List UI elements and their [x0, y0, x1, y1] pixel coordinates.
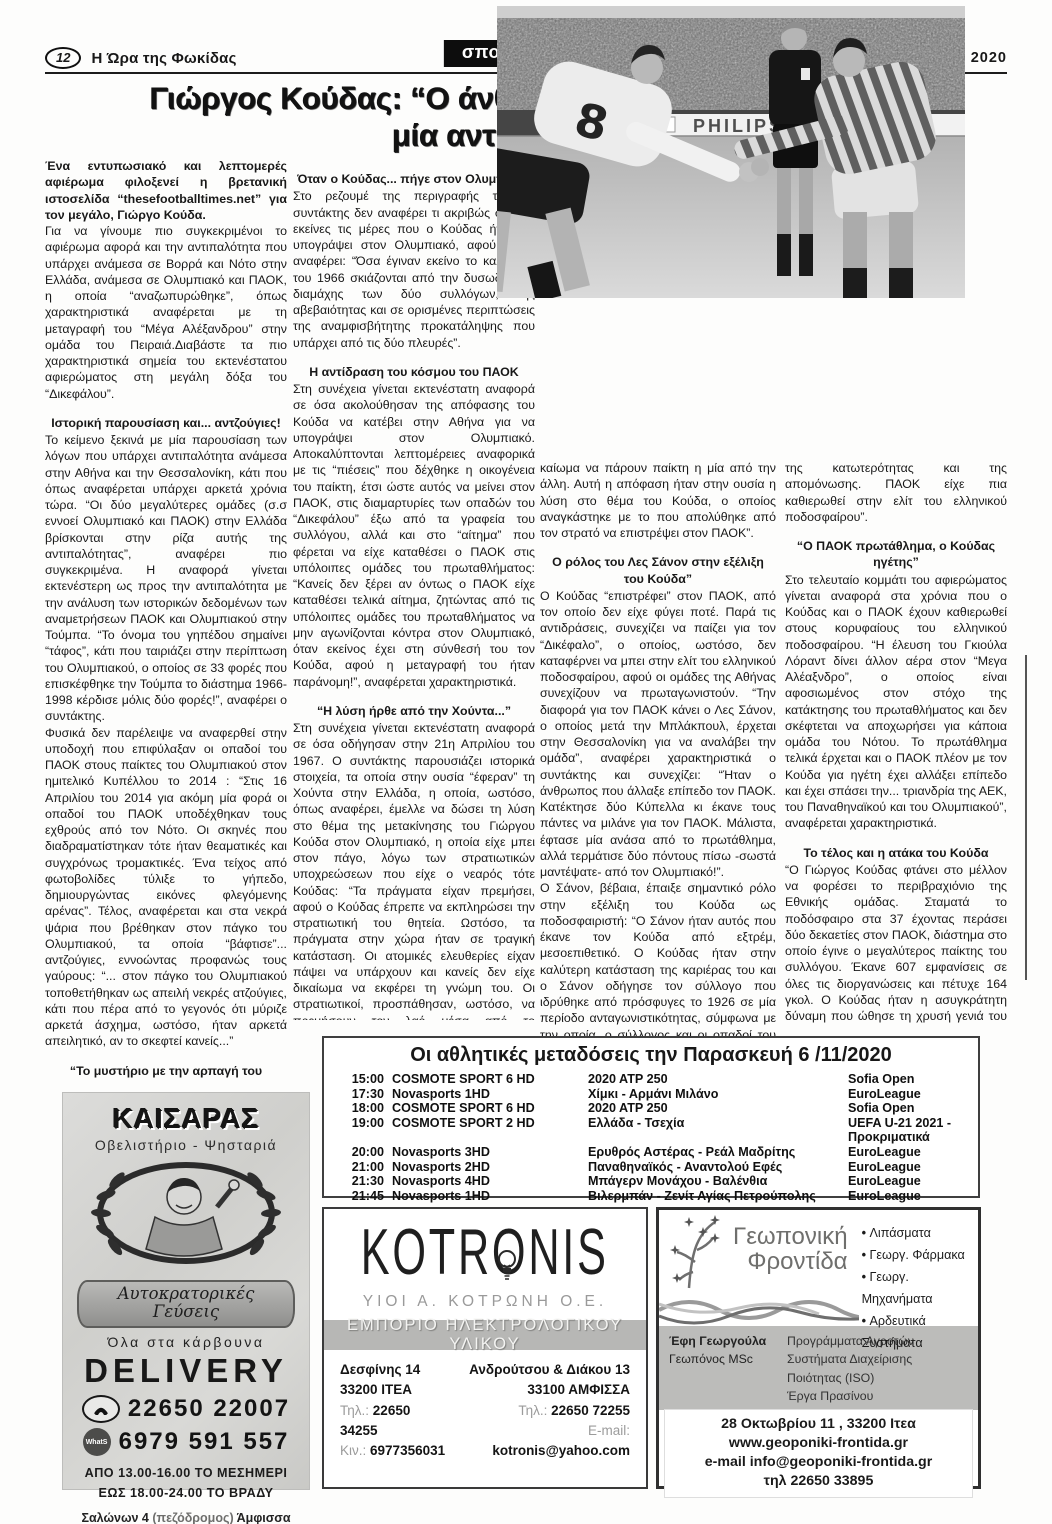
article-column-3: καίωμα να πάρουν παίκτη η μία από την άλ…	[540, 460, 776, 1060]
tv-competition: Sofia Open	[848, 1101, 964, 1116]
ad-kaisaras-subtitle: Οβελιστήριο - Ψησταριά	[63, 1137, 309, 1153]
article-subheading: “Η λύση ήρθε από την Χούντα...”	[297, 703, 531, 719]
ad-kotronis: KOTRONIS ΥΙΟΙ Α. ΚΟΤΡΩΝΗ Ο.Ε. ΕΜΠΟΡΙΟ ΗΛ…	[322, 1207, 648, 1489]
amfissa-email-label: E-mail:	[588, 1423, 630, 1438]
article-subheading: Ιστορική παρουσίαση και... αντζούγιες!	[49, 415, 283, 431]
ad-geoponiki-contact: 28 Οκτωβρίου 11 , 33200 Ιτεα www.geoponi…	[665, 1410, 972, 1498]
article-paragraph: της κατωτερότητας και της απομόνωσης. ΠΑ…	[785, 460, 1007, 525]
tv-event: Βιλερμπάν - Ζενίτ Αγίας Πετρούπολης	[588, 1189, 840, 1204]
ad-bullet-item: • Γεωργ. Φάρμακα	[862, 1244, 972, 1266]
tv-schedule-row: 20:00Novasports 3HDΕρυθρός Αστέρας - Ρεά…	[338, 1145, 964, 1160]
article-paragraph: Στη συνέχεια γίνεται εκτενέστατη αναφορά…	[293, 381, 535, 690]
tv-time: 17:30	[338, 1087, 384, 1102]
bullet-text: Αρδευτικά Συστήματα	[862, 1314, 926, 1350]
lightbulb-icon	[496, 1249, 518, 1283]
tv-schedule-row: 15:00COSMOTE SPORT 6 HD2020 ATP 250Sofia…	[338, 1072, 964, 1087]
tv-event: Ελλάδα - Τσεχία	[588, 1116, 840, 1145]
article-paragraph: “Ο Γιώργος Κούδας φτάνει στο μέλλον να φ…	[785, 862, 1007, 1025]
ad-kotronis-band: ΕΜΠΟΡΙΟ ΗΛΕΚΤΡΟΛΟΓΙΚΟΥ ΥΛΙΚΟΥ	[324, 1320, 646, 1350]
match-photo-illustration: PHILIPS	[497, 6, 965, 298]
article-column-4: της κατωτερότητας και της απομόνωσης. ΠΑ…	[785, 460, 1007, 1025]
tv-schedule-title: Οι αθλητικές μεταδόσεις την Παρασκευή 6 …	[338, 1044, 964, 1067]
geoponiki-website: www.geoponiki-frontida.gr	[669, 1434, 968, 1453]
ad-kaisaras-hours1: ΑΠΟ 13.00-16.00 ΤΟ ΜΕΣΗΜΕΡΙ	[63, 1464, 309, 1484]
amfissa-email: kotronis@yahoo.com	[492, 1443, 630, 1458]
article-subheading: Η αντίδραση του κόσμου του ΠΑΟΚ	[297, 364, 531, 380]
tv-time: 15:00	[338, 1072, 384, 1087]
itea-tel-label: Τηλ.:	[340, 1403, 369, 1418]
tv-time: 21:45	[338, 1189, 384, 1204]
geoponiki-person: Έφη Γεωργούλα Γεωπόνος MSc	[669, 1332, 787, 1406]
article-paragraph: Για να γίνουμε πιο συγκεκριμένοι το αφιέ…	[45, 223, 287, 402]
tv-channel: Novasports 1HD	[392, 1189, 580, 1204]
article-paragraph: Ο Κούδας “επιστρέφει” στον ΠΑΟΚ, από τον…	[540, 588, 776, 881]
tv-time: 21:00	[338, 1160, 384, 1175]
itea-mobile-label: Κιν.:	[340, 1443, 366, 1458]
article-paragraph: Στη συνέχεια γίνεται εκτενέστατη αναφορά…	[293, 720, 535, 1020]
tv-event: Παναθηναϊκός - Αναντολού Εφές	[588, 1160, 840, 1175]
article-paragraph: καίωμα να πάρουν παίκτη η μία από την άλ…	[540, 460, 776, 541]
article-column-1: Ένα εντυπωσιακό και λεπτομερές αφιέρωμα …	[45, 158, 287, 1080]
article-subheading: Ο ρόλος του Λες Σάνον στην εξέλιξη του Κ…	[544, 554, 772, 587]
ad-kaisaras-delivery: DELIVERY	[63, 1352, 309, 1390]
service-3: Έργα Πρασίνου	[787, 1387, 968, 1405]
article-subheading: “Ο ΠΑΟΚ πρωτάθλημα, ο Κούδας ηγέτης”	[789, 538, 1003, 571]
ad-kaisaras-tagline: Όλα στα κάρβουνα	[63, 1334, 309, 1350]
ad-kotronis-logo: KOTRONIS	[361, 1219, 609, 1284]
article-paragraph: Το κείμενο ξεκινά με μία παρουσίαση των …	[45, 432, 287, 725]
address-city: Άμφισσα	[237, 1511, 291, 1524]
tv-event: Μπάγερν Μονάχου - Βαλένθια	[588, 1174, 840, 1189]
ad-kotronis-subtitle: ΥΙΟΙ Α. ΚΟΤΡΩΝΗ Ο.Ε.	[324, 1293, 646, 1311]
geoponiki-address: 28 Οκτωβρίου 11 , 33200 Ιτεα	[669, 1415, 968, 1434]
tv-competition: EuroLeague	[848, 1145, 964, 1160]
tv-event: Χίμκι - Αρμάνι Μιλάνο	[588, 1087, 840, 1102]
geoponiki-title-line1: Γεωπονική	[733, 1224, 848, 1249]
person-title: Γεωπόνος MSc	[669, 1350, 787, 1368]
tv-time: 19:00	[338, 1116, 384, 1145]
tv-competition: EuroLeague	[848, 1189, 964, 1204]
tv-channel: COSMOTE SPORT 6 HD	[392, 1072, 580, 1087]
tv-schedule-row: 19:00COSMOTE SPORT 2 HDΕλλάδα - ΤσεχίαUE…	[338, 1116, 964, 1145]
ad-kaisaras-address: Σαλώνων 4 (πεζόδρομος) Άμφισσα	[63, 1511, 309, 1524]
match-photo: PHILIPS	[497, 6, 965, 298]
tv-schedule-row: 18:00COSMOTE SPORT 6 HD2020 ATP 250Sofia…	[338, 1101, 964, 1116]
bullet-text: Γεωργ. Φάρμακα	[869, 1248, 964, 1262]
article-paragraph: Φυσικά δεν παρέλειψε να αναφερθεί στην υ…	[45, 725, 287, 1050]
article-paragraph: Ο Σάνον, βέβαια, έπαιξε σημαντικό ρόλο σ…	[540, 880, 776, 1060]
itea-street: Δεσφίνης 14	[340, 1362, 420, 1377]
amfissa-city: 33100 ΑΜΦΙΣΣΑ	[527, 1382, 630, 1397]
phone-icon	[82, 1395, 120, 1423]
page-number: 12	[45, 47, 81, 69]
tv-time: 18:00	[338, 1101, 384, 1116]
amfissa-street: Ανδρούτσου & Διάκου 13	[469, 1362, 630, 1377]
tv-schedule-row: 21:00Novasports 2HDΠαναθηναϊκός - Αναντο…	[338, 1160, 964, 1175]
address-street: Σαλώνων 4	[81, 1511, 148, 1524]
tv-channel: Novasports 2HD	[392, 1160, 580, 1175]
kotronis-amfissa-address: Ανδρούτσου & Διάκου 13 33100 ΑΜΦΙΣΣΑ Τηλ…	[450, 1360, 630, 1461]
article-subheading: “Το μυστήριο με την αρπαγή του Κούδα...	[49, 1063, 283, 1081]
newspaper-name: Η Ώρα της Φωκίδας	[91, 50, 236, 67]
article-subheading: Όταν ο Κούδας... πήγε στον Ολυμπιακό	[297, 171, 531, 187]
tv-channel: COSMOTE SPORT 6 HD	[392, 1101, 580, 1116]
newspaper-page: 12 Η Ώρα της Φωκίδας σπορ: ιστορία ΠΑΡΑΣ…	[0, 0, 1052, 1524]
article-paragraph: Ένα εντυπωσιακό και λεπτομερές αφιέρωμα …	[45, 158, 287, 223]
wave-decoration	[659, 1290, 859, 1330]
geoponiki-title-line2: Φροντίδα	[733, 1249, 848, 1274]
geoponiki-email: e-mail info@geoponiki-frontida.gr	[669, 1453, 968, 1472]
article-subheading: Το τέλος και η ατάκα του Κούδα	[789, 845, 1003, 861]
ribbon-line1: Αυτοκρατορικές	[83, 1285, 289, 1303]
kotronis-itea-address: Δεσφίνης 14 33200 ΙΤΕΑ Τηλ.: 22650 34255…	[340, 1360, 450, 1461]
service-2: Συστήματα Διαχείρισης Ποιότητας (ISO)	[787, 1350, 968, 1387]
tv-event: 2020 ATP 250	[588, 1101, 840, 1116]
amfissa-tel-label: Τηλ.:	[518, 1403, 547, 1418]
caesar-emblem	[81, 1155, 291, 1273]
geoponiki-phone: τηλ 22650 33895	[669, 1472, 968, 1491]
ribbon-line2: Γεύσεις	[83, 1303, 289, 1321]
itea-mobile: 6977356031	[370, 1443, 445, 1458]
tv-time: 21:30	[338, 1174, 384, 1189]
person-name: Έφη Γεωργούλα	[669, 1332, 787, 1350]
tv-schedule-row: 21:30Novasports 4HDΜπάγερν Μονάχου - Βαλ…	[338, 1174, 964, 1189]
caesar-figure	[146, 1178, 239, 1256]
bullet-text: Γεωργ. Μηχανήματα	[862, 1270, 933, 1306]
amfissa-tel: 22650 72255	[551, 1403, 630, 1418]
ad-bullet-item: • Γεωργ. Μηχανήματα	[862, 1266, 972, 1310]
bullet-text: Λιπάσματα	[869, 1226, 930, 1240]
tv-schedule-box: Οι αθλητικές μεταδόσεις την Παρασκευή 6 …	[322, 1036, 980, 1198]
tv-channel: Novasports 4HD	[392, 1174, 580, 1189]
tv-channel: Novasports 3HD	[392, 1145, 580, 1160]
tv-event: 2020 ATP 250	[588, 1072, 840, 1087]
column-rule	[1025, 655, 1027, 980]
tv-channel: COSMOTE SPORT 2 HD	[392, 1116, 580, 1145]
tv-time: 20:00	[338, 1145, 384, 1160]
whatsapp-icon: WhatS	[83, 1428, 111, 1456]
tv-competition: EuroLeague	[848, 1087, 964, 1102]
ad-geoponiki-bullets: • Λιπάσματα• Γεωργ. Φάρμακα• Γεωργ. Μηχα…	[848, 1210, 978, 1326]
address-note: (πεζόδρομος)	[152, 1511, 233, 1524]
ad-bullet-item: • Λιπάσματα	[862, 1222, 972, 1244]
tv-schedule-row: 21:45Novasports 1HDΒιλερμπάν - Ζενίτ Αγί…	[338, 1189, 964, 1204]
ad-kaisaras-mobile: 6979 591 557	[119, 1428, 290, 1456]
ad-kaisaras-hours2: ΕΩΣ 18.00-24.00 ΤΟ ΒΡΑΔΥ	[63, 1484, 309, 1504]
ad-geoponiki: Γεωπονική Φροντίδα • Λιπάσματα• Γεωργ. Φ…	[656, 1207, 981, 1489]
ad-bullet-item: • Αρδευτικά Συστήματα	[862, 1310, 972, 1354]
tv-channel: Novasports 1HD	[392, 1087, 580, 1102]
article-paragraph: Στο τελευταίο κομμάτι του αφιερώματος γί…	[785, 572, 1007, 832]
ad-kaisaras: ΚΑΙΣΑΡΑΣ Οβελιστήριο - Ψησταριά	[62, 1092, 310, 1490]
tv-competition: EuroLeague	[848, 1174, 964, 1189]
itea-city: 33200 ΙΤΕΑ	[340, 1382, 412, 1397]
tv-schedule-row: 17:30Novasports 1HDΧίμκι - Αρμάνι Μιλάνο…	[338, 1087, 964, 1102]
tv-schedule-rows: 15:00COSMOTE SPORT 6 HD2020 ATP 250Sofia…	[338, 1072, 964, 1203]
ad-kaisaras-phone: 22650 22007	[128, 1395, 290, 1423]
tv-competition: UEFA U-21 2021 - Προκριματικά	[848, 1116, 964, 1145]
tv-competition: EuroLeague	[848, 1160, 964, 1175]
tv-competition: Sofia Open	[848, 1072, 964, 1087]
ad-kaisaras-ribbon: Αυτοκρατορικές Γεύσεις	[77, 1280, 295, 1328]
ad-kaisaras-name: ΚΑΙΣΑΡΑΣ	[63, 1103, 309, 1135]
tv-event: Ερυθρός Αστέρας - Ρεάλ Μαδρίτης	[588, 1145, 840, 1160]
